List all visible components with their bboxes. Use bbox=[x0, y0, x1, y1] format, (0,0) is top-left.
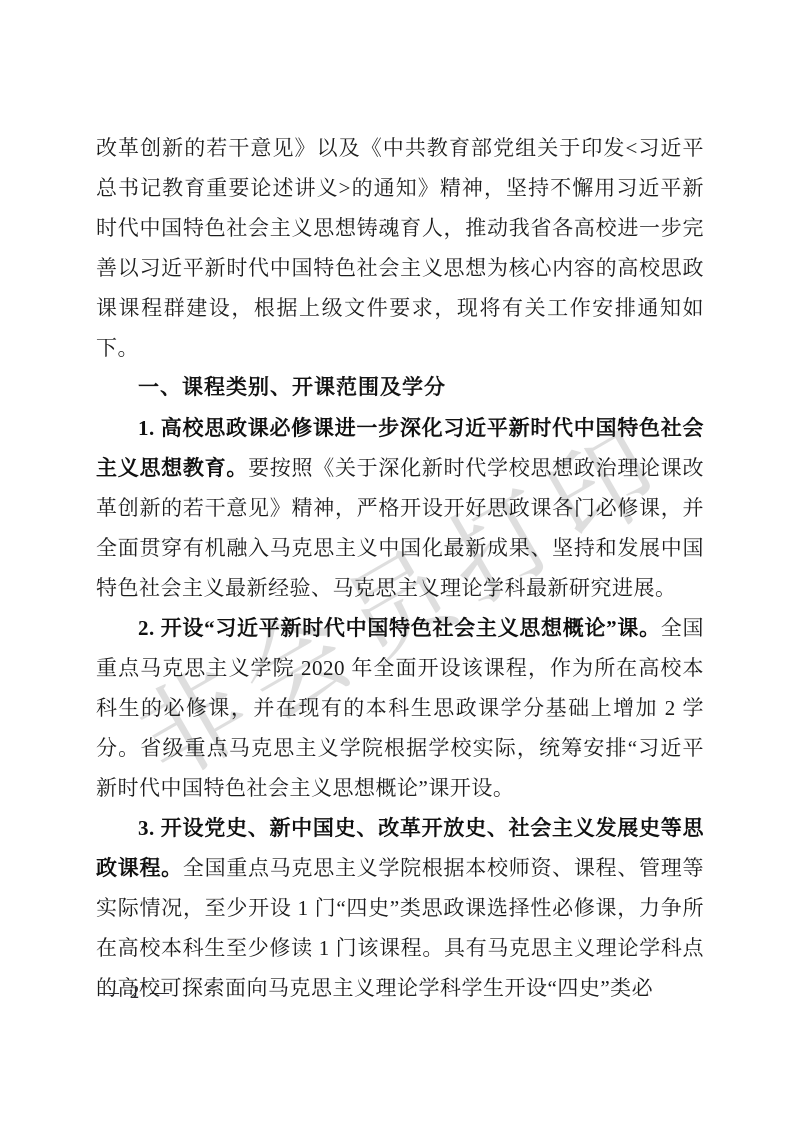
item-2-lead: 2. 开设“习近平新时代中国特色社会主义思想概论”课。 bbox=[138, 616, 661, 640]
numbered-item-2: 2. 开设“习近平新时代中国特色社会主义思想概论”课。全国重点马克思主义学院 2… bbox=[96, 608, 704, 808]
document-body: 改革创新的若干意见》以及《中共教育部党组关于印发<习近平总书记教育重要论述讲义>… bbox=[96, 128, 704, 1008]
item-3-body: 全国重点马克思主义学院根据本校师资、课程、管理等实际情况，至少开设 1 门“四史… bbox=[96, 856, 704, 1000]
numbered-item-1: 1. 高校思政课必修课进一步深化习近平新时代中国特色社会主义思想教育。要按照《关… bbox=[96, 408, 704, 608]
intro-paragraph: 改革创新的若干意见》以及《中共教育部党组关于印发<习近平总书记教育重要论述讲义>… bbox=[96, 128, 704, 368]
item-2-body: 全国重点马克思主义学院 2020 年全面开设该课程，作为所在高校本科生的必修课，… bbox=[96, 616, 704, 800]
numbered-item-3: 3. 开设党史、新中国史、改革开放史、社会主义发展史等思政课程。全国重点马克思主… bbox=[96, 808, 704, 1008]
section-heading: 一、课程类别、开课范围及学分 bbox=[96, 368, 704, 408]
page-number: — 2 — bbox=[100, 982, 172, 1004]
document-page: 非会员打印 改革创新的若干意见》以及《中共教育部党组关于印发<习近平总书记教育重… bbox=[0, 0, 793, 1122]
